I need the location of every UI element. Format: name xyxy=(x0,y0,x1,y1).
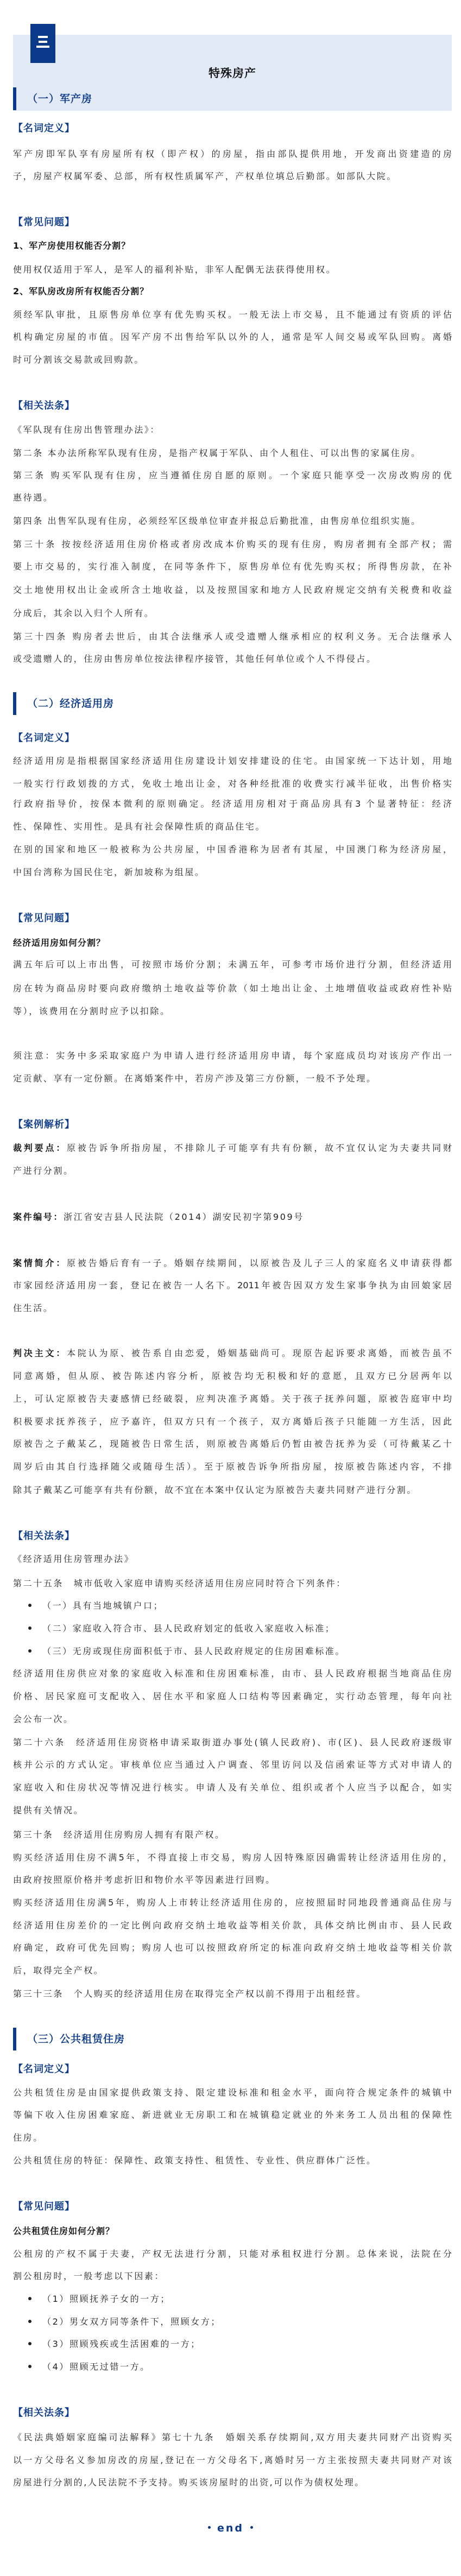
law-article: 第三十条 按按经济适用住房价格或者房改成本价购买的现有住房，购房者拥有全部产权；… xyxy=(13,537,452,552)
law-article: 价格、居民家庭可支配收入、居住水平和家庭人口结构等因素确定，实行动态管理，每年向… xyxy=(13,1689,452,1704)
faq-answer: 公租房的产权不属于夫妻，产权无法进行分割，只能对承租权进行分割。总体来说，法院在… xyxy=(13,2246,452,2262)
law-article: 第三十三条 个人购买的经济适用住房在取得完全产权以前不得用于出租经营。 xyxy=(13,1986,452,2002)
end-marker: end xyxy=(0,2521,461,2536)
faq-question: 公共租赁住房如何分割？ xyxy=(13,2224,452,2239)
case-summary-label: 案情简介： xyxy=(13,1258,67,1268)
ruling-point: 裁判要点：原被告诉争所指房屋，不排除儿子可能享有共有份额，故不宜仅认定为夫妻共同… xyxy=(13,1141,452,1156)
faq-answer: 等），该费用在分割时应予以扣除。 xyxy=(13,1004,452,1019)
definition-line: 行政府指导价，按保本微利的原则确定。经济适用房相对于商品房具有3 个显著特征：经… xyxy=(13,796,452,812)
law-title: 《经济适用住房管理办法》 xyxy=(13,1552,452,1567)
definition-line: 公共租赁住房的特征：保障性、政策支持性、租赁性、专业性、供应群体广泛性。 xyxy=(13,2153,452,2168)
judgment: 同意离婚，但从原、被告陈述内容分析，原被告均无积极和好的意愿，且双方已分居两年以 xyxy=(13,1369,452,1384)
case-label: 【案例解析】 xyxy=(13,1117,75,1132)
definition-line: 军产房即军队享有房屋所有权（即产权）的房屋，指由部队提供用地，开发商出资建造的房 xyxy=(13,147,452,162)
bullet-icon xyxy=(28,2365,31,2368)
section-title: （一）军产房 xyxy=(27,87,92,110)
law-article: 后，取得完全产权。 xyxy=(13,1963,452,1978)
law-article: 家庭收入和住房状况等情况进行核实。申请人及有关单位、组织或者个人应当予以配合，如… xyxy=(13,1780,452,1795)
law-bullet: （二）家庭收入符合市、县人民政府划定的低收入家庭收入标准； xyxy=(28,1621,335,1636)
faq-answer: 须经军队审批，且原售房单位享有优先购买权。一般无法上市交易，且不能通过有资质的评… xyxy=(13,307,452,322)
definition-line: 一般实行行政划拨的方式，免收土地出让金，对各种经批准的收费实行减半征收，出售价格… xyxy=(13,776,452,792)
judgment: 上，可认定原被告夫妻感情已经破裂，应判决准予离婚。关于孩子抚养问题，原被告庭审中… xyxy=(13,1391,452,1407)
case-summary: 市家园经济适用房一套，登记在被告一人名下。2011年被告因双方发生家事争执为由回… xyxy=(13,1278,452,1293)
dot-icon xyxy=(208,2526,211,2529)
law-article: 第三十条 经济适用住房购房人拥有有限产权。 xyxy=(13,1827,452,1843)
case-summary: 住生活。 xyxy=(13,1301,452,1316)
law-article: 第三条 购买军队现有住房，应当遵循住房自愿的原则。一个家庭只能享受一次房改购房的… xyxy=(13,468,452,483)
definition-label: 【名词定义】 xyxy=(13,121,75,136)
law-article: 第二十六条 经济适用住房资格申请采取街道办事处(镇人民政府)、市(区)、县人民政… xyxy=(13,1735,452,1750)
judgment-label: 判决主文： xyxy=(13,1348,67,1358)
definition-label: 【名词定义】 xyxy=(13,731,75,746)
law-article: 核并公示的方式认定。审核单位应当通过入户调查、邻里访问以及信函索证等方式对申请人… xyxy=(13,1757,452,1773)
law-article: 经济适用住房差价的一定比例向政府交纳土地收益等相关价款，具体交纳比例由市、县人民… xyxy=(13,1918,452,1933)
definition-line: 住房。 xyxy=(13,2130,452,2145)
faq-question: 1、军产房使用权能否分割？ xyxy=(13,238,452,254)
law-article: 购买经济适用住房不满5年，不得直接上市交易，购房人因特殊原因确需转让经济适用住房… xyxy=(13,1850,452,1865)
faq-bullet: （4）照顾无过错一方。 xyxy=(28,2359,150,2375)
definition-label: 【名词定义】 xyxy=(13,2062,75,2077)
definition-line: 公共租赁住房是由国家提供政策支持、限定建设标准和租金水平，面向符合规定条件的城镇… xyxy=(13,2085,452,2100)
judgment: 积极要求抚养孩子，应予嘉许，但双方只有一个孩子，双方离婚后孩子只能随一方生活，因… xyxy=(13,1414,452,1429)
law-article: 由政府按照原价格并考虑折旧和物价水平等因素进行回购。 xyxy=(13,1872,452,1888)
faq-bullet: （2）男女双方同等条件下，照顾女方； xyxy=(28,2314,221,2330)
law-article: 购买经济适用住房满5年，购房人上市转让经济适用住房的，应按照届时同地段普通商品住… xyxy=(13,1895,452,1910)
faq-label: 【常见问题】 xyxy=(13,911,75,926)
bullet-icon xyxy=(28,2342,31,2345)
definition-line: 经济适用房是指根据国家经济适用住房建设计划安排建设的住宅。由国家统一下达计划，用… xyxy=(13,754,452,769)
law-title: 《军队现有住房出售管理办法》： xyxy=(13,422,452,438)
case-number-label: 案件编号： xyxy=(13,1212,64,1222)
law-article: 或受遗赠人的，住房由售房单位按法律程序接管，其他任何单位或个人不得侵占。 xyxy=(13,651,452,667)
law-article: 交土地使用权出让金或所含土地收益，以及按照国家和地方人民政府规定交纳有关税费和收… xyxy=(13,583,452,598)
law-article: 第四条 出售军队现有住房，必须经军区级单位审查并报总后勤批准，由售房单位组织实施… xyxy=(13,514,452,529)
law-label: 【相关法条】 xyxy=(13,398,75,414)
chapter-badge xyxy=(30,24,55,63)
definition-line: 等偏下收入住房困难家庭、新进就业无房职工和在城镇稳定就业的外来务工人员出租的保障… xyxy=(13,2107,452,2123)
faq-bullet: （1）照顾抚养子女的一方； xyxy=(28,2292,170,2307)
law-article: 府确定，政府可优先回购；购房人也可以按照政府所定的标准向政府交纳土地收益等相关价… xyxy=(13,1940,452,1955)
section-bar xyxy=(13,692,16,715)
section-bar xyxy=(13,87,16,110)
bullet-icon xyxy=(28,1649,31,1653)
law-article: 分成后，其余以入归个人所有。 xyxy=(13,606,452,621)
bullet-icon xyxy=(28,2320,31,2323)
note-line: 须注意：实务中多采取家庭户为申请人进行经济适用房申请，每个家庭成员均对该房产作出… xyxy=(13,1048,452,1064)
judgment: 除其子戴某乙可能享有共有份额，故不宜在本案中仅认定为原被告夫妻共同财产进行分割。 xyxy=(13,1483,452,1498)
definition-line: 子，房屋产权属军委、总部，所有权性质属军产，产权单位填总后勤部。如部队大院。 xyxy=(13,169,452,184)
definition-line: 中国台湾称为国民住宅，新加坡称为组屋。 xyxy=(13,865,452,880)
ruling-point: 产进行分割。 xyxy=(13,1163,452,1179)
ruling-point-label: 裁判要点： xyxy=(13,1143,67,1153)
law-article: 要上市交易的，实行准入制度，在同等条件下，原售房单位有优先购买权；所得售房款，在… xyxy=(13,559,452,574)
law-article: 第三十四条 购房者去世后，由其合法继承人或受遗赠人继承相应的权利义务。无合法继承… xyxy=(13,629,452,644)
faq-label: 【常见问题】 xyxy=(13,2199,75,2214)
faq-answer: 割公租房时，一般考虑以下因素： xyxy=(13,2269,452,2284)
law-article: 以一方父母名义参加房改的房屋,登记在一方父母名下,离婚时另一方主张按照夫妻共同财… xyxy=(13,2453,452,2468)
page-title: 特殊房产 xyxy=(13,64,452,83)
section-bar xyxy=(13,2028,16,2050)
case-summary: 案情简介：原被告婚后育有一子。婚姻存续期间，以原被告及儿子三人的家庭名义申请获得… xyxy=(13,1256,452,1271)
law-article: 《民法典婚姻家庭编司法解释》第七十九条 婚姻关系存续期间,双方用夫妻共同财产出资… xyxy=(13,2430,452,2445)
law-bullet: （三）无房或现住房面积低于市、县人民政府规定的住房困难标准。 xyxy=(28,1644,345,1659)
judgment: 原被告之子戴某乙，现随被告日常生活，则原被告离婚后仍暂由被告抚养为妥（可待戴某乙… xyxy=(13,1436,452,1452)
faq-label: 【常见问题】 xyxy=(13,215,75,230)
faq-answer: 满五年后可以上市出售，可按照市场价分割；未满五年，可参考市场价进行分割，但经济适… xyxy=(13,957,452,972)
dot-icon xyxy=(250,2526,253,2529)
section-title: （三）公共租赁住房 xyxy=(27,2028,125,2050)
law-article: 第二条 本办法所称军队现有住房，是指产权属于军队、由个人租住、可以出售的家属住房… xyxy=(13,446,452,461)
bullet-icon xyxy=(28,1626,31,1630)
chapter-three-icon xyxy=(36,36,49,48)
faq-answer: 房在转为商品房时要向政府缴纳土地收益等价款（如土地出让金、土地增值收益或政府性补… xyxy=(13,981,452,996)
law-article: 会公布一次。 xyxy=(13,1712,452,1727)
law-article: 提供有关情况。 xyxy=(13,1803,452,1818)
definition-line: 性、保障性、实用性。是具有社会保障性质的商品住宅。 xyxy=(13,819,452,834)
law-label: 【相关法条】 xyxy=(13,2406,75,2421)
case-number: 案件编号：浙江省安吉县人民法院（2014）湖安民初字第909号 xyxy=(13,1210,452,1225)
law-bullet: （一）具有当地城镇户口； xyxy=(28,1598,163,1613)
law-article: 惠待遇。 xyxy=(13,490,452,505)
bullet-icon xyxy=(28,2297,31,2300)
faq-question: 2、军队房改房所有权能否分割？ xyxy=(13,284,452,299)
section-title: （二）经济适用房 xyxy=(27,692,114,715)
faq-answer: 时可分割该交易款或回购款。 xyxy=(13,352,452,368)
faq-answer: 机构确定房屋的市值。因军产房不出售给军队以外的人，通常是军人间交易或军队回购。离… xyxy=(13,330,452,345)
faq-bullet: （3）照顾残疾或生活困难的一方； xyxy=(28,2337,201,2352)
faq-question: 经济适用房如何分割？ xyxy=(13,935,452,951)
note-line: 定贡献、享有一定份额。在离婚案件中，若房产涉及第三方份额，一般不予处理。 xyxy=(13,1071,452,1086)
faq-answer: 使用权仅适用于军人，是军人的福利补贴，非军人配偶无法获得使用权。 xyxy=(13,262,452,277)
definition-line: 在别的国家和地区一般被称为公共房屋，中国香港称为居者有其屋，中国澳门称为经济房屋… xyxy=(13,842,452,857)
bullet-icon xyxy=(28,1604,31,1607)
law-article: 第二十五条 城市低收入家庭申请购买经济适用住房应同时符合下列条件： xyxy=(13,1576,452,1591)
law-article: 房屋进行分割的,人民法院不予支持。购买该房屋时的出资,可以作为债权处理。 xyxy=(13,2475,452,2490)
judgment: 判决主文：本院认为原、被告系自由恋爱，婚姻基础尚可。现原告起诉要求离婚，而被告虽… xyxy=(13,1346,452,1361)
law-label: 【相关法条】 xyxy=(13,1529,75,1544)
judgment: 周岁后由其自行选择随父或随母生活）。至于原被告诉争所指房屋，按原被告陈述内容，不… xyxy=(13,1459,452,1474)
law-article: 经济适用住房供应对象的家庭收入标准和住房困难标准，由市、县人民政府根据当地商品住… xyxy=(13,1666,452,1681)
